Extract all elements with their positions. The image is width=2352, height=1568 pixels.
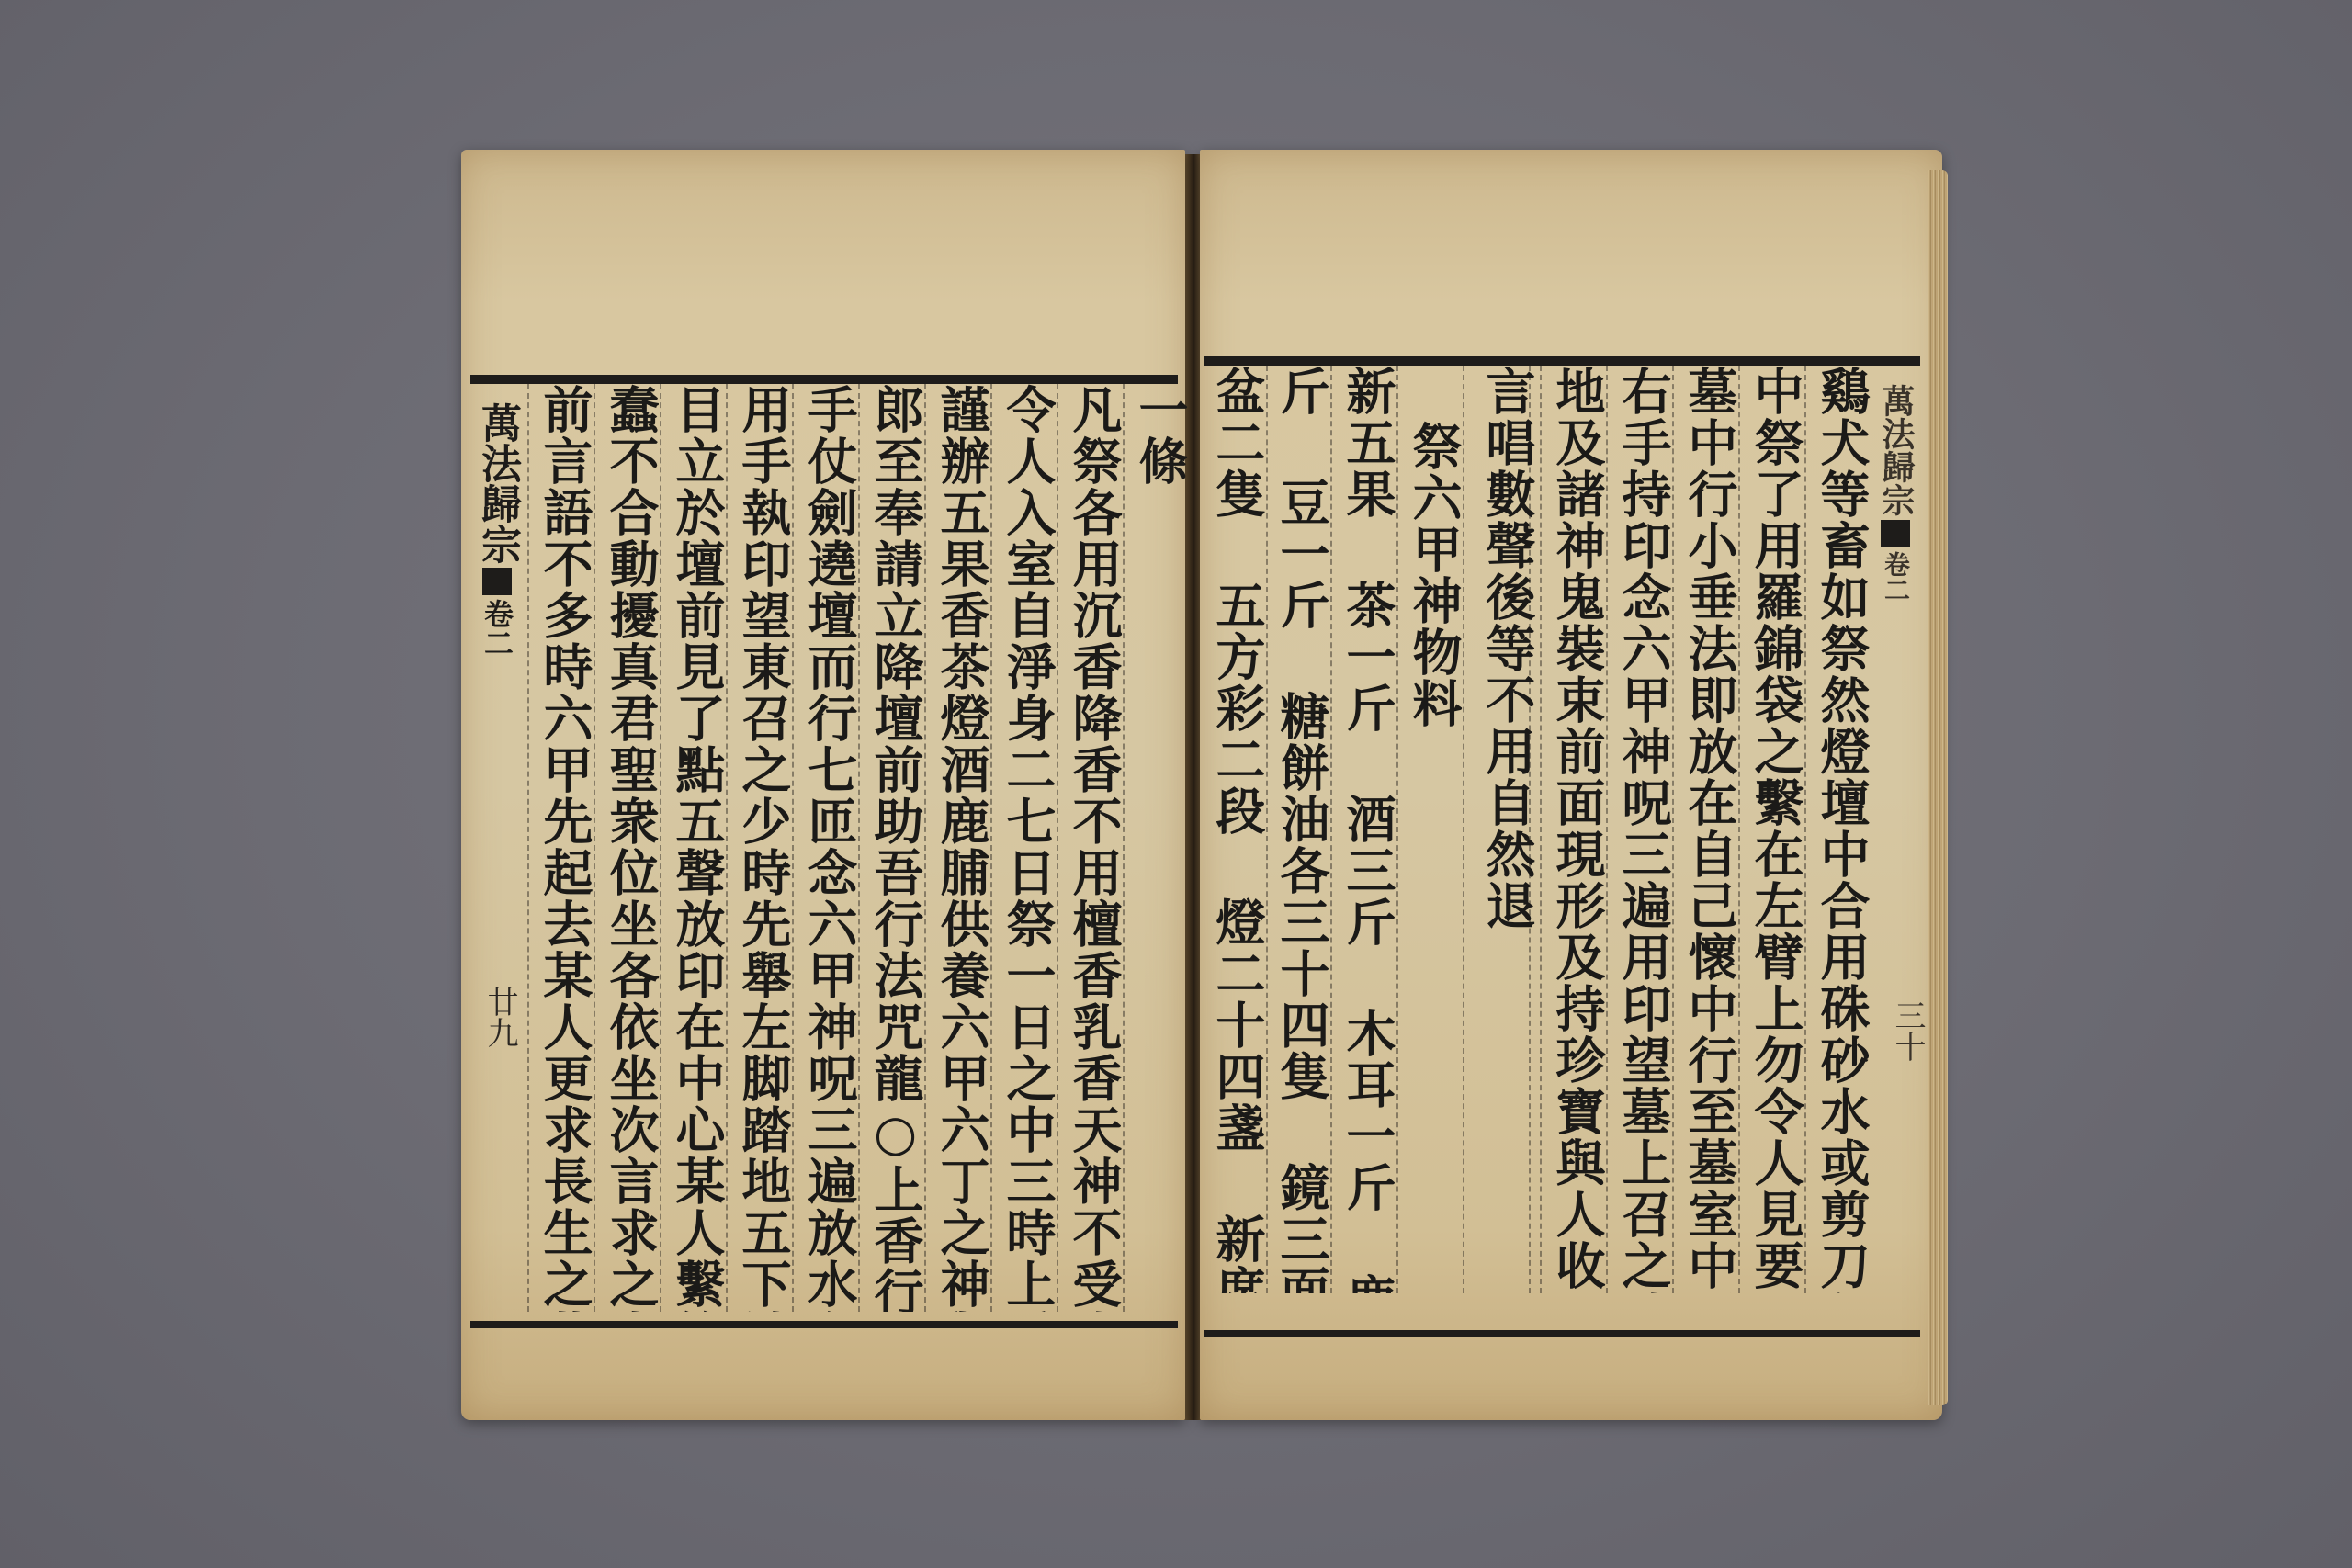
right-margin-title: 萬法歸宗卷二 xyxy=(1876,384,1915,603)
column-rule xyxy=(1123,384,1125,1312)
page-edges xyxy=(1928,170,1948,1405)
left-folio-number: 廿九 xyxy=(478,986,523,1048)
left-margin-title: 萬法歸宗卷二 xyxy=(474,402,520,658)
text-column-6: 手仗劍遶壇而行七匝念六甲神呪三遍放水在壇心中取印 xyxy=(796,384,862,1312)
book-title-label: 萬法歸宗 xyxy=(474,402,521,564)
text-column-7: 用手執印望東召之少時先舉左脚踏地五下請六丁陰神閉 xyxy=(729,384,796,1312)
text-column-4: 右手持印念六甲神呪三遍用印望墓上召之時立有本處上 xyxy=(1610,366,1676,1293)
column-rule xyxy=(527,384,529,1312)
text-column-11: 盆二隻 五方彩二段 燈二十四盞 新席一條 淨手巾 xyxy=(1204,366,1270,1293)
text-column-9: 新五果 茶一斤 酒三斤 木耳一斤 鹿脯一斤 棗三 xyxy=(1334,366,1400,1293)
column-rule xyxy=(792,384,794,1312)
text-column-5: 郎至奉請立降壇前助吾行法咒龍○上香行法左手持水盞右 xyxy=(862,384,928,1312)
column-rule xyxy=(1463,366,1464,1293)
text-column-4: 謹辦五果香茶燈酒鹿脯供養六甲六丁之神與吾爲友聞石 xyxy=(928,384,994,1312)
text-column-2: 凡祭各用沉香降香不用檀香乳香天神不受也室中置壇勿 xyxy=(1060,384,1126,1312)
column-rule xyxy=(990,384,992,1312)
right-folio-number: 三十 xyxy=(1885,999,1930,1062)
text-column-3: 令人入室自淨身二七日祭一日之中三時上香卯時午亥時 xyxy=(994,384,1060,1312)
column-rule xyxy=(1057,384,1058,1312)
text-column-2: 中祭了用羅錦袋之繫在左臂上勿令人見要取用於城外去 xyxy=(1742,366,1808,1293)
column-rule xyxy=(924,384,926,1312)
column-rule xyxy=(1606,366,1608,1293)
text-column-5: 地及諸神鬼裝束前面現形及持珍寶與人收了寶物來本處 xyxy=(1543,366,1610,1293)
text-column-8: 目立於壇前見了點五聲放印在中心某人繫筆而言凡夫愚 xyxy=(663,384,729,1312)
column-rule xyxy=(660,384,661,1312)
column-rule xyxy=(1540,366,1542,1293)
fishtail-mark-icon xyxy=(1881,520,1910,547)
text-column-1: 鷄犬等畜如祭然燈壇中合用硃砂水或剪刀之類並放在壇 xyxy=(1808,366,1874,1293)
column-rule xyxy=(594,384,595,1312)
column-rule xyxy=(1396,366,1398,1293)
book-title-label: 萬法歸宗 xyxy=(1877,384,1915,516)
fishtail-mark-icon xyxy=(482,568,512,595)
column-rule xyxy=(1804,366,1806,1293)
text-column-6: 言唱數聲後等不用自然退 xyxy=(1474,366,1540,1293)
left-text-frame: 萬法歸宗卷二 廿九 前言語不多時六甲先起去某人更求長生之藥求甘露瓊漿 蠢不合動擾… xyxy=(470,375,1178,1328)
volume-label: 卷二 xyxy=(1881,551,1911,603)
volume-label: 卷二 xyxy=(480,599,514,658)
column-rule xyxy=(726,384,728,1312)
text-column-9: 蠢不合動擾真君聖衆位坐各依坐次言求之事并向一一在 xyxy=(597,384,663,1312)
text-column-10: 前言語不多時六甲先起去某人更求長生之藥求甘露瓊漿 xyxy=(531,384,597,1312)
section-heading: 一條 xyxy=(1126,384,1193,1312)
column-rule xyxy=(1738,366,1740,1293)
materials-heading: 祭六甲神物料 xyxy=(1400,421,1466,1348)
column-rule xyxy=(858,384,860,1312)
column-rule xyxy=(1672,366,1674,1293)
text-column-10: 斤 豆一斤 糖餅油各三十四隻 鏡三面 紗三百 新 xyxy=(1268,366,1334,1293)
text-column-3: 墓中行小垂法即放在自己懷中行至墓室中不以新舊墓上 xyxy=(1676,366,1742,1293)
column-rule xyxy=(1330,366,1332,1293)
right-text-frame: 盆二隻 五方彩二段 燈二十四盞 新席一條 淨手巾 斤 豆一斤 糖餅油各三十四隻 … xyxy=(1204,356,1920,1337)
